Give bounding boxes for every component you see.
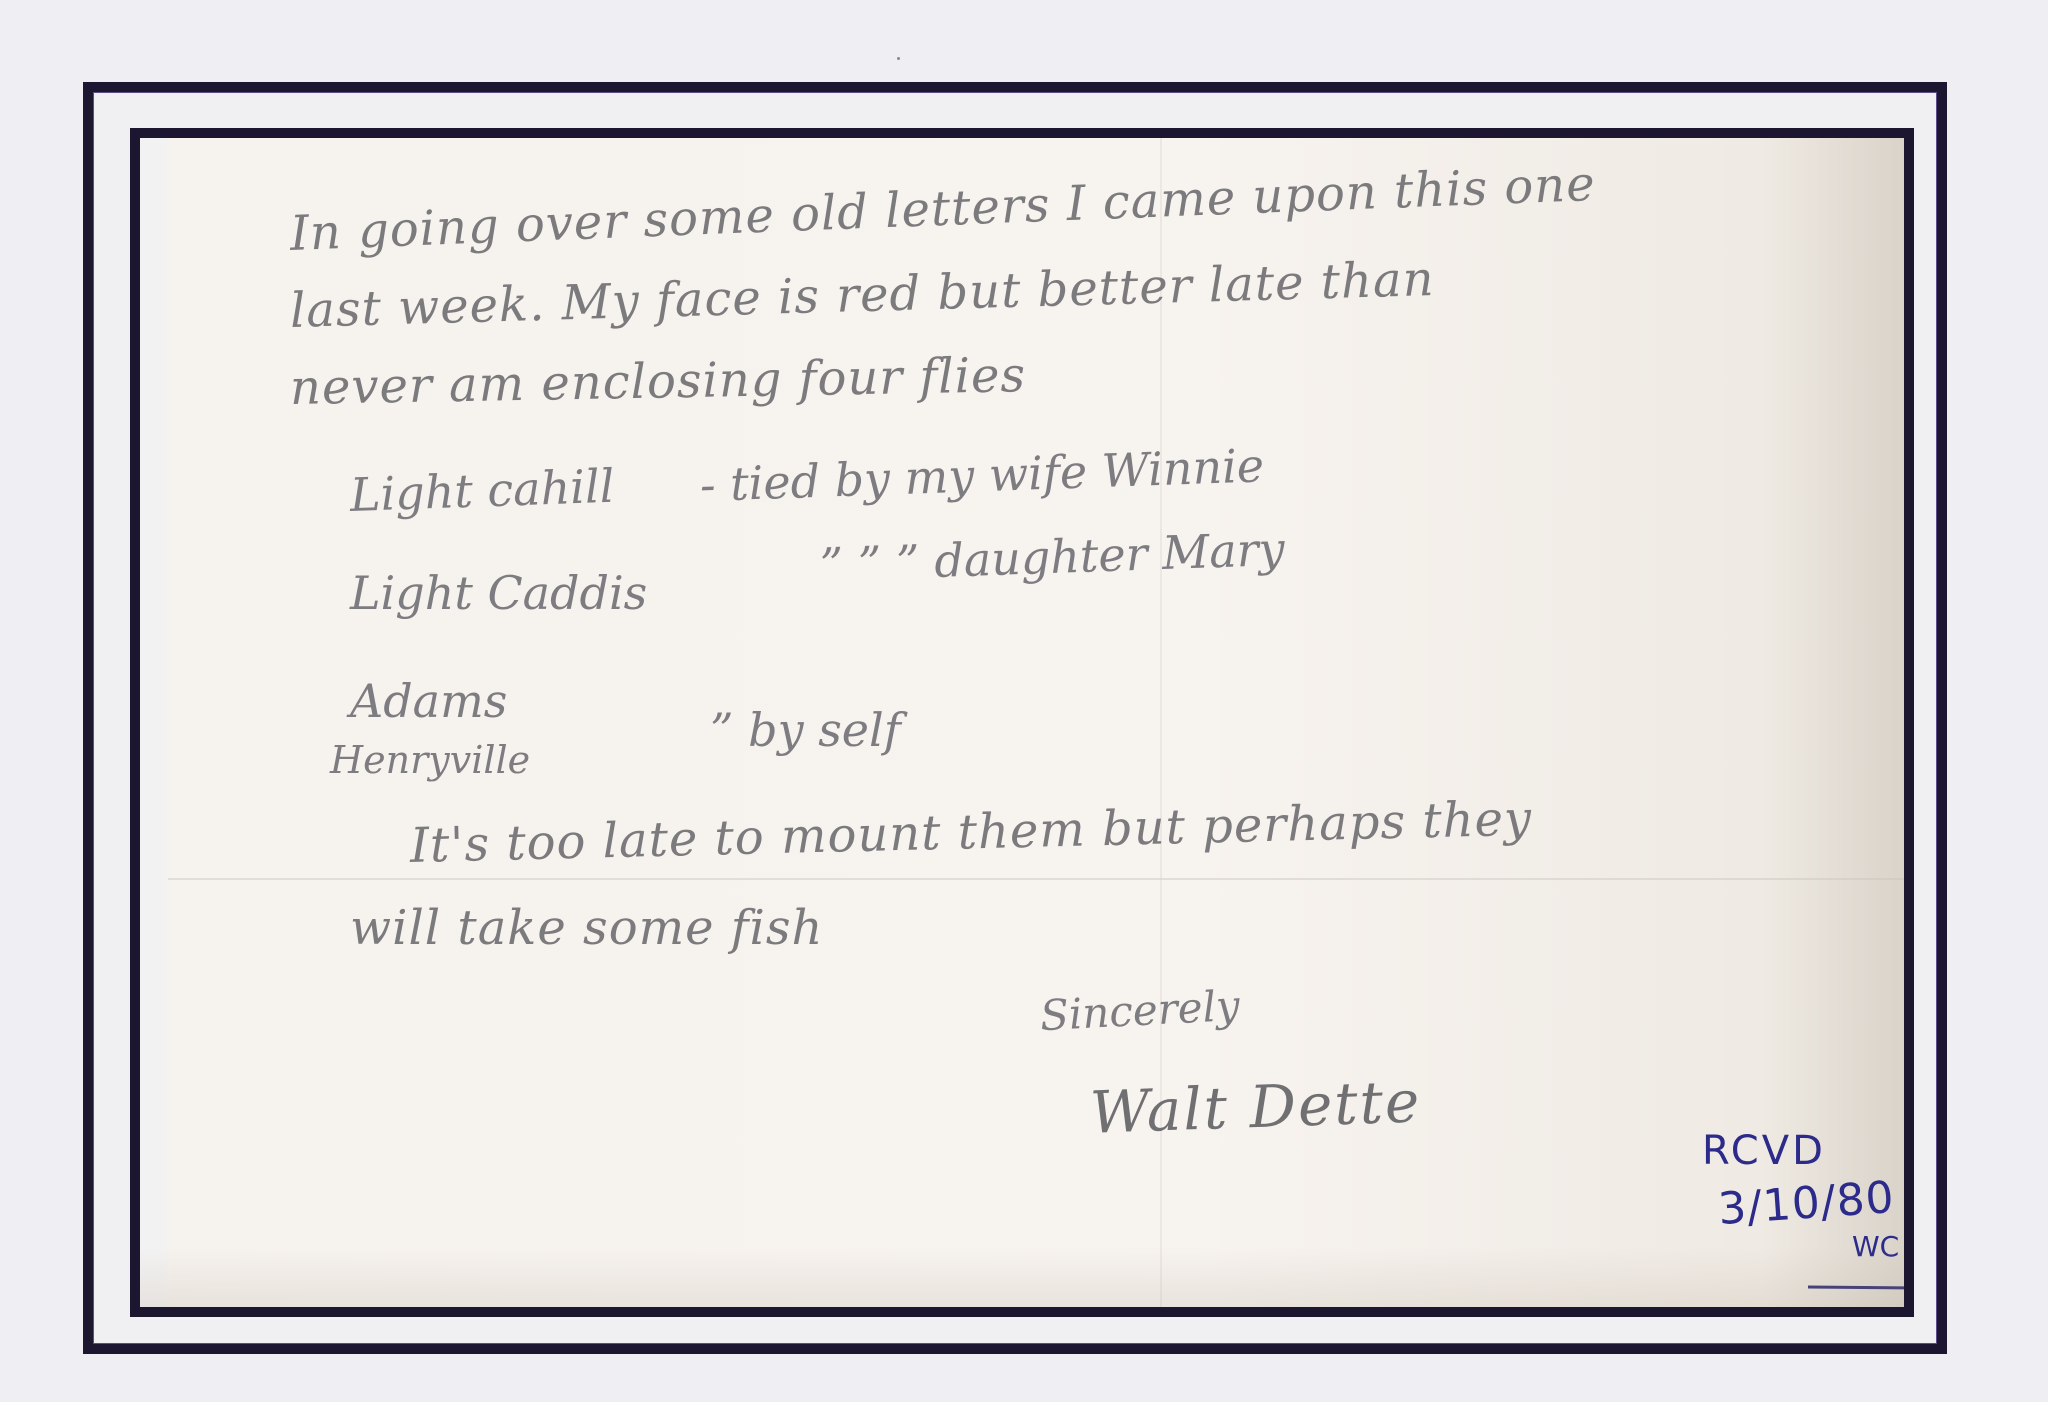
dust-speck: [897, 57, 900, 60]
received-stamp-label: RCVD: [1702, 1128, 1826, 1174]
fly-note-2: ” ” ” daughter Mary: [819, 522, 1285, 592]
fly-name-3: Adams: [350, 674, 507, 728]
horizontal-fold-crease: [168, 878, 1904, 880]
received-date: 3/10/80: [1716, 1172, 1896, 1235]
inner-frame: In going over some old letters I came up…: [130, 128, 1914, 1317]
received-underline: [1808, 1285, 1904, 1289]
letter-line-1: In going over some old letters I came up…: [289, 156, 1597, 262]
fly-note-3: ” by self: [710, 703, 901, 757]
fly-name-2: Light Caddis: [350, 566, 647, 620]
fly-name-1: Light cahill: [349, 459, 615, 522]
letter-line-2: last week. My face is red but better lat…: [289, 251, 1435, 339]
signature: Walt Dette: [1089, 1067, 1422, 1147]
letter-paper: In going over some old letters I came up…: [140, 138, 1904, 1307]
letter-line-para2-1: It's too late to mount them but perhaps …: [409, 791, 1532, 874]
received-initials: WC: [1852, 1230, 1899, 1263]
fly-note-1: - tied by my wife Winnie: [699, 438, 1265, 512]
letter-line-3: never am enclosing four flies: [290, 347, 1027, 416]
fly-name-4: Henryville: [330, 738, 530, 782]
closing: Sincerely: [1039, 981, 1241, 1040]
letter-line-para2-2: will take some fish: [350, 900, 823, 956]
